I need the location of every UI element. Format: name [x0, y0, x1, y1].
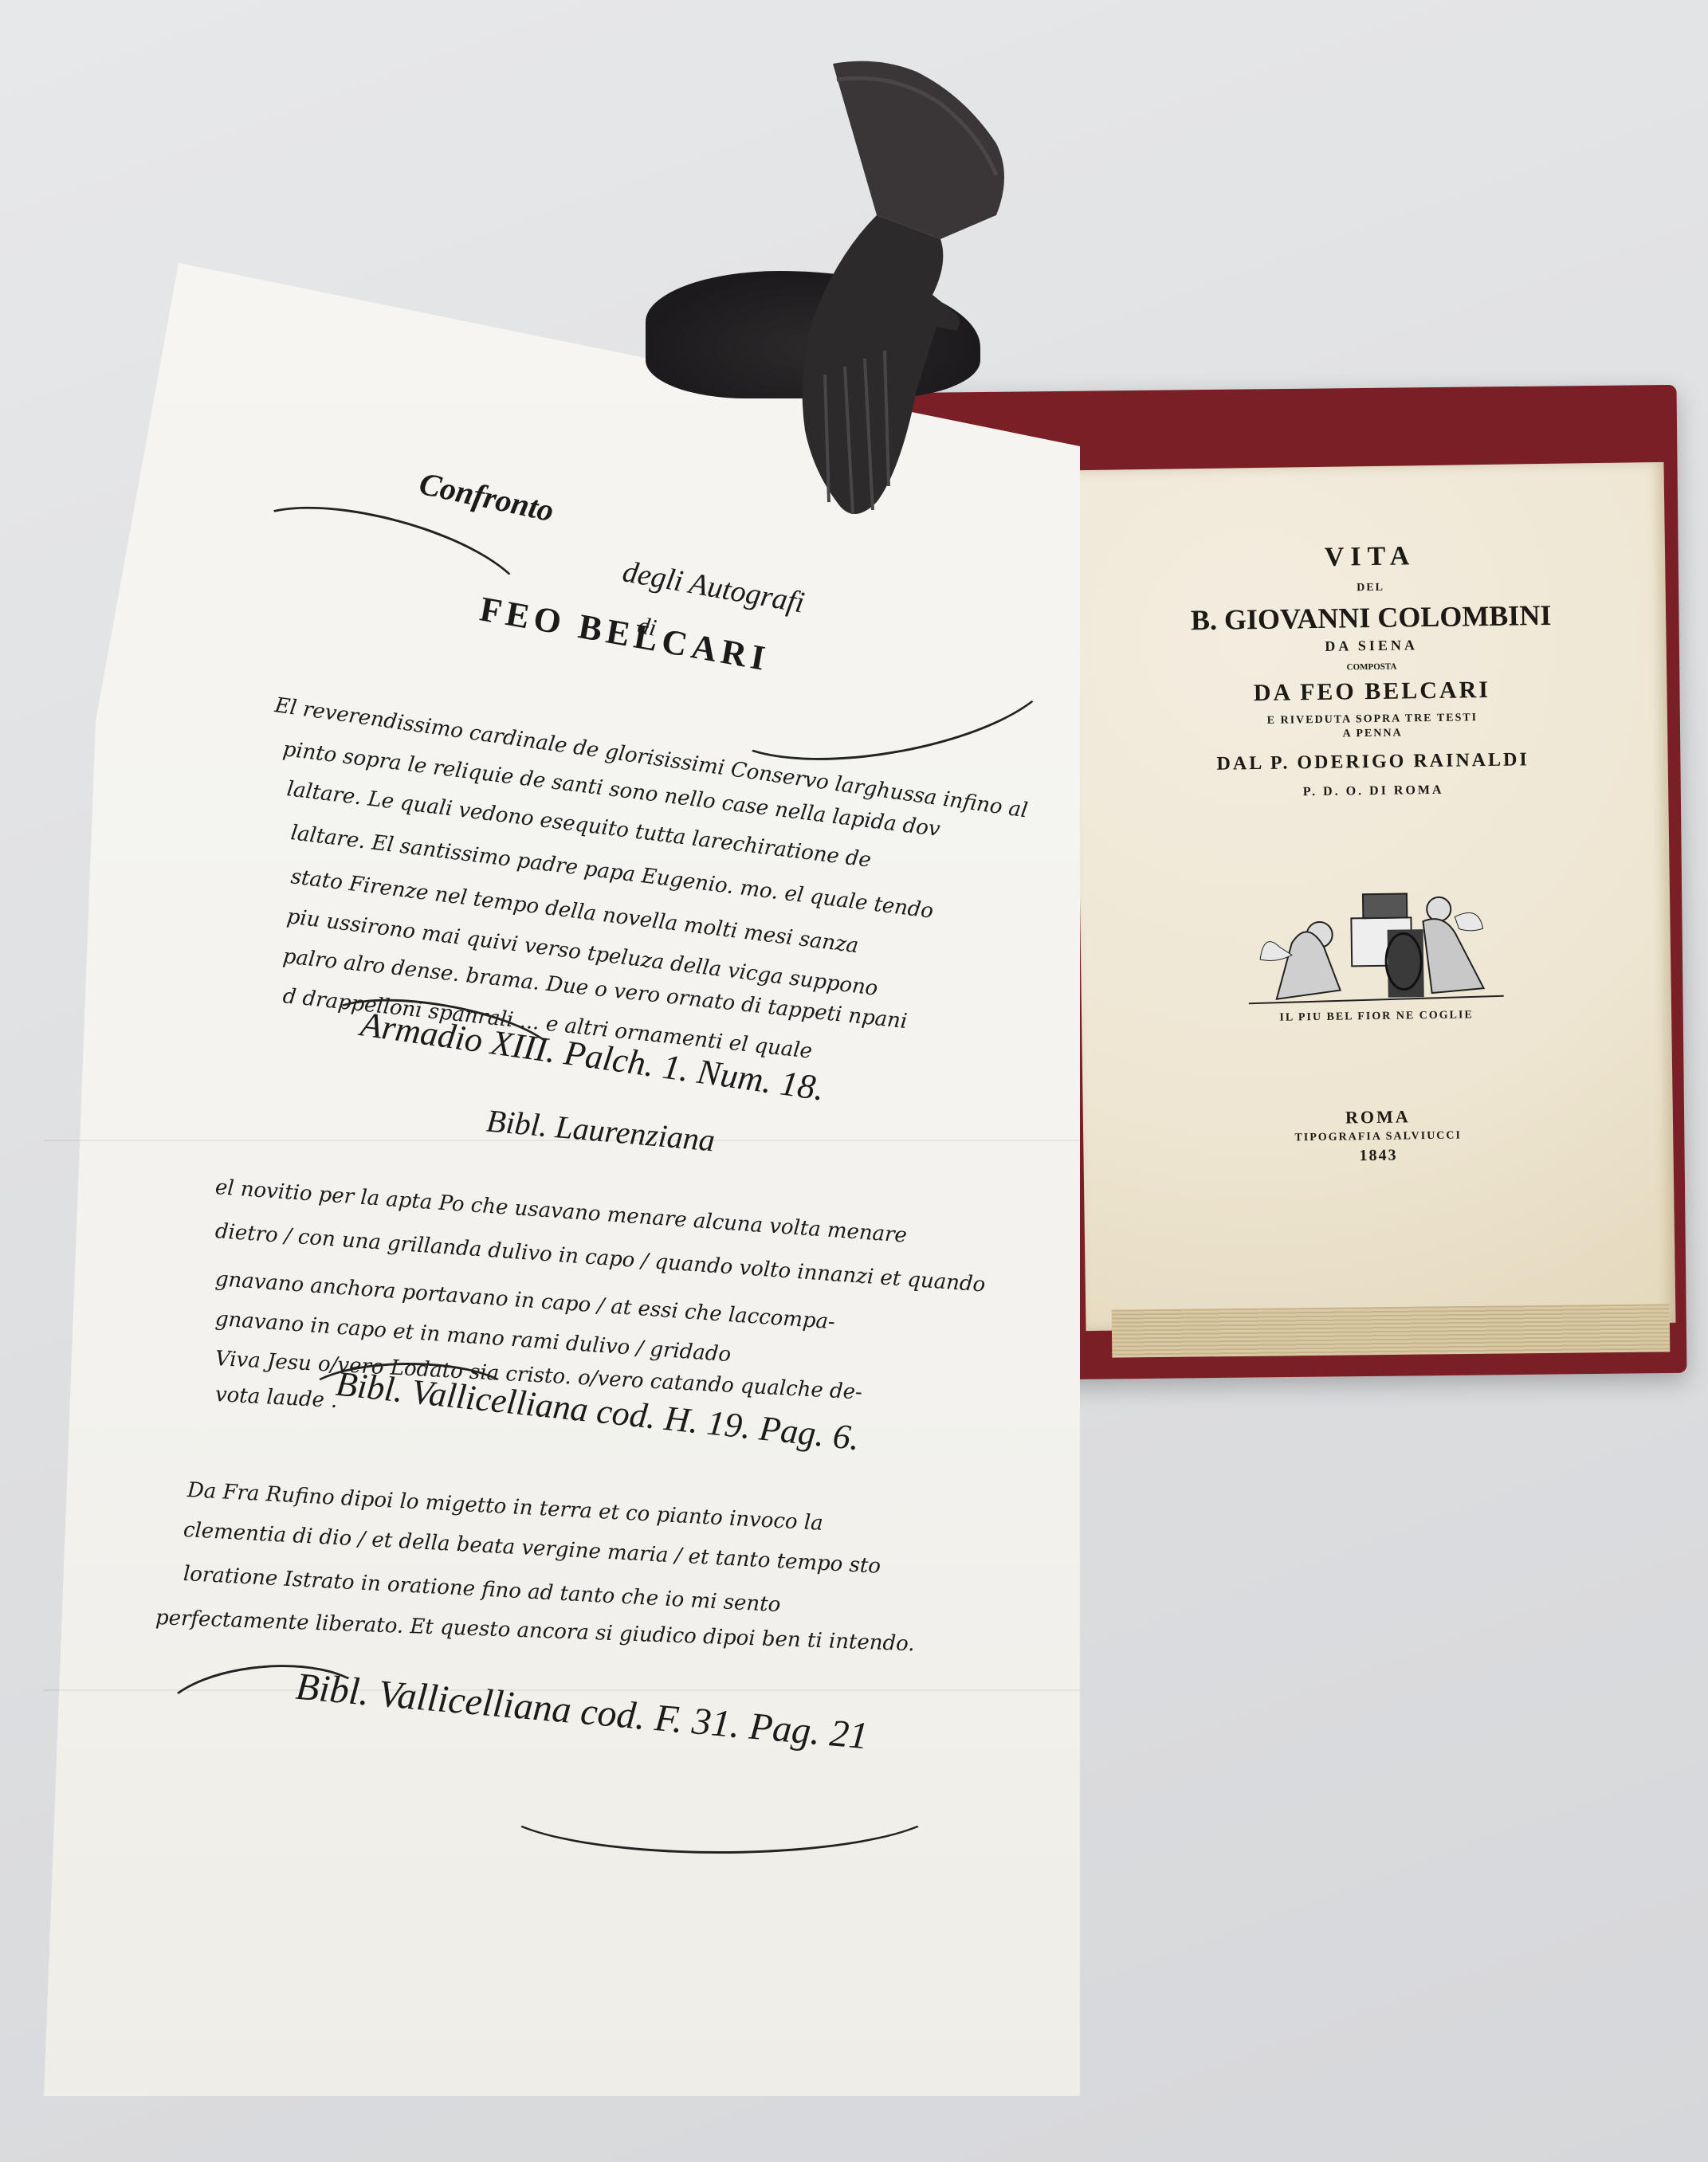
title-vita: VITA — [1075, 538, 1665, 576]
cast-iron-glove-clip-icon — [757, 56, 1060, 534]
title-composta: COMPOSTA — [1077, 658, 1667, 676]
title-author: DA FEO BELCARI — [1077, 674, 1667, 709]
calligraphic-flourish-icon — [303, 1363, 515, 1431]
imprint-year: 1843 — [1083, 1143, 1673, 1169]
calligraphic-flourish-icon — [494, 1753, 945, 1854]
photo-scene: VITA DEL B. GIOVANNI COLOMBINI DA SIENA … — [0, 0, 1708, 2162]
title-editor-affiliation: P. D. O. DI ROMA — [1078, 780, 1668, 802]
title-del: DEL — [1076, 578, 1666, 598]
cherub-printing-press-vignette-icon — [1243, 885, 1508, 1008]
vignette-motto: IL PIU BEL FIOR NE COGLIE — [1082, 1006, 1671, 1027]
book-page-edges — [1112, 1304, 1671, 1357]
printed-title-page: VITA DEL B. GIOVANNI COLOMBINI DA SIENA … — [1074, 462, 1675, 1331]
title-subject: B. GIOVANNI COLOMBINI — [1076, 597, 1667, 638]
title-editor: DAL P. ODERIGO RAINALDI — [1078, 747, 1667, 777]
